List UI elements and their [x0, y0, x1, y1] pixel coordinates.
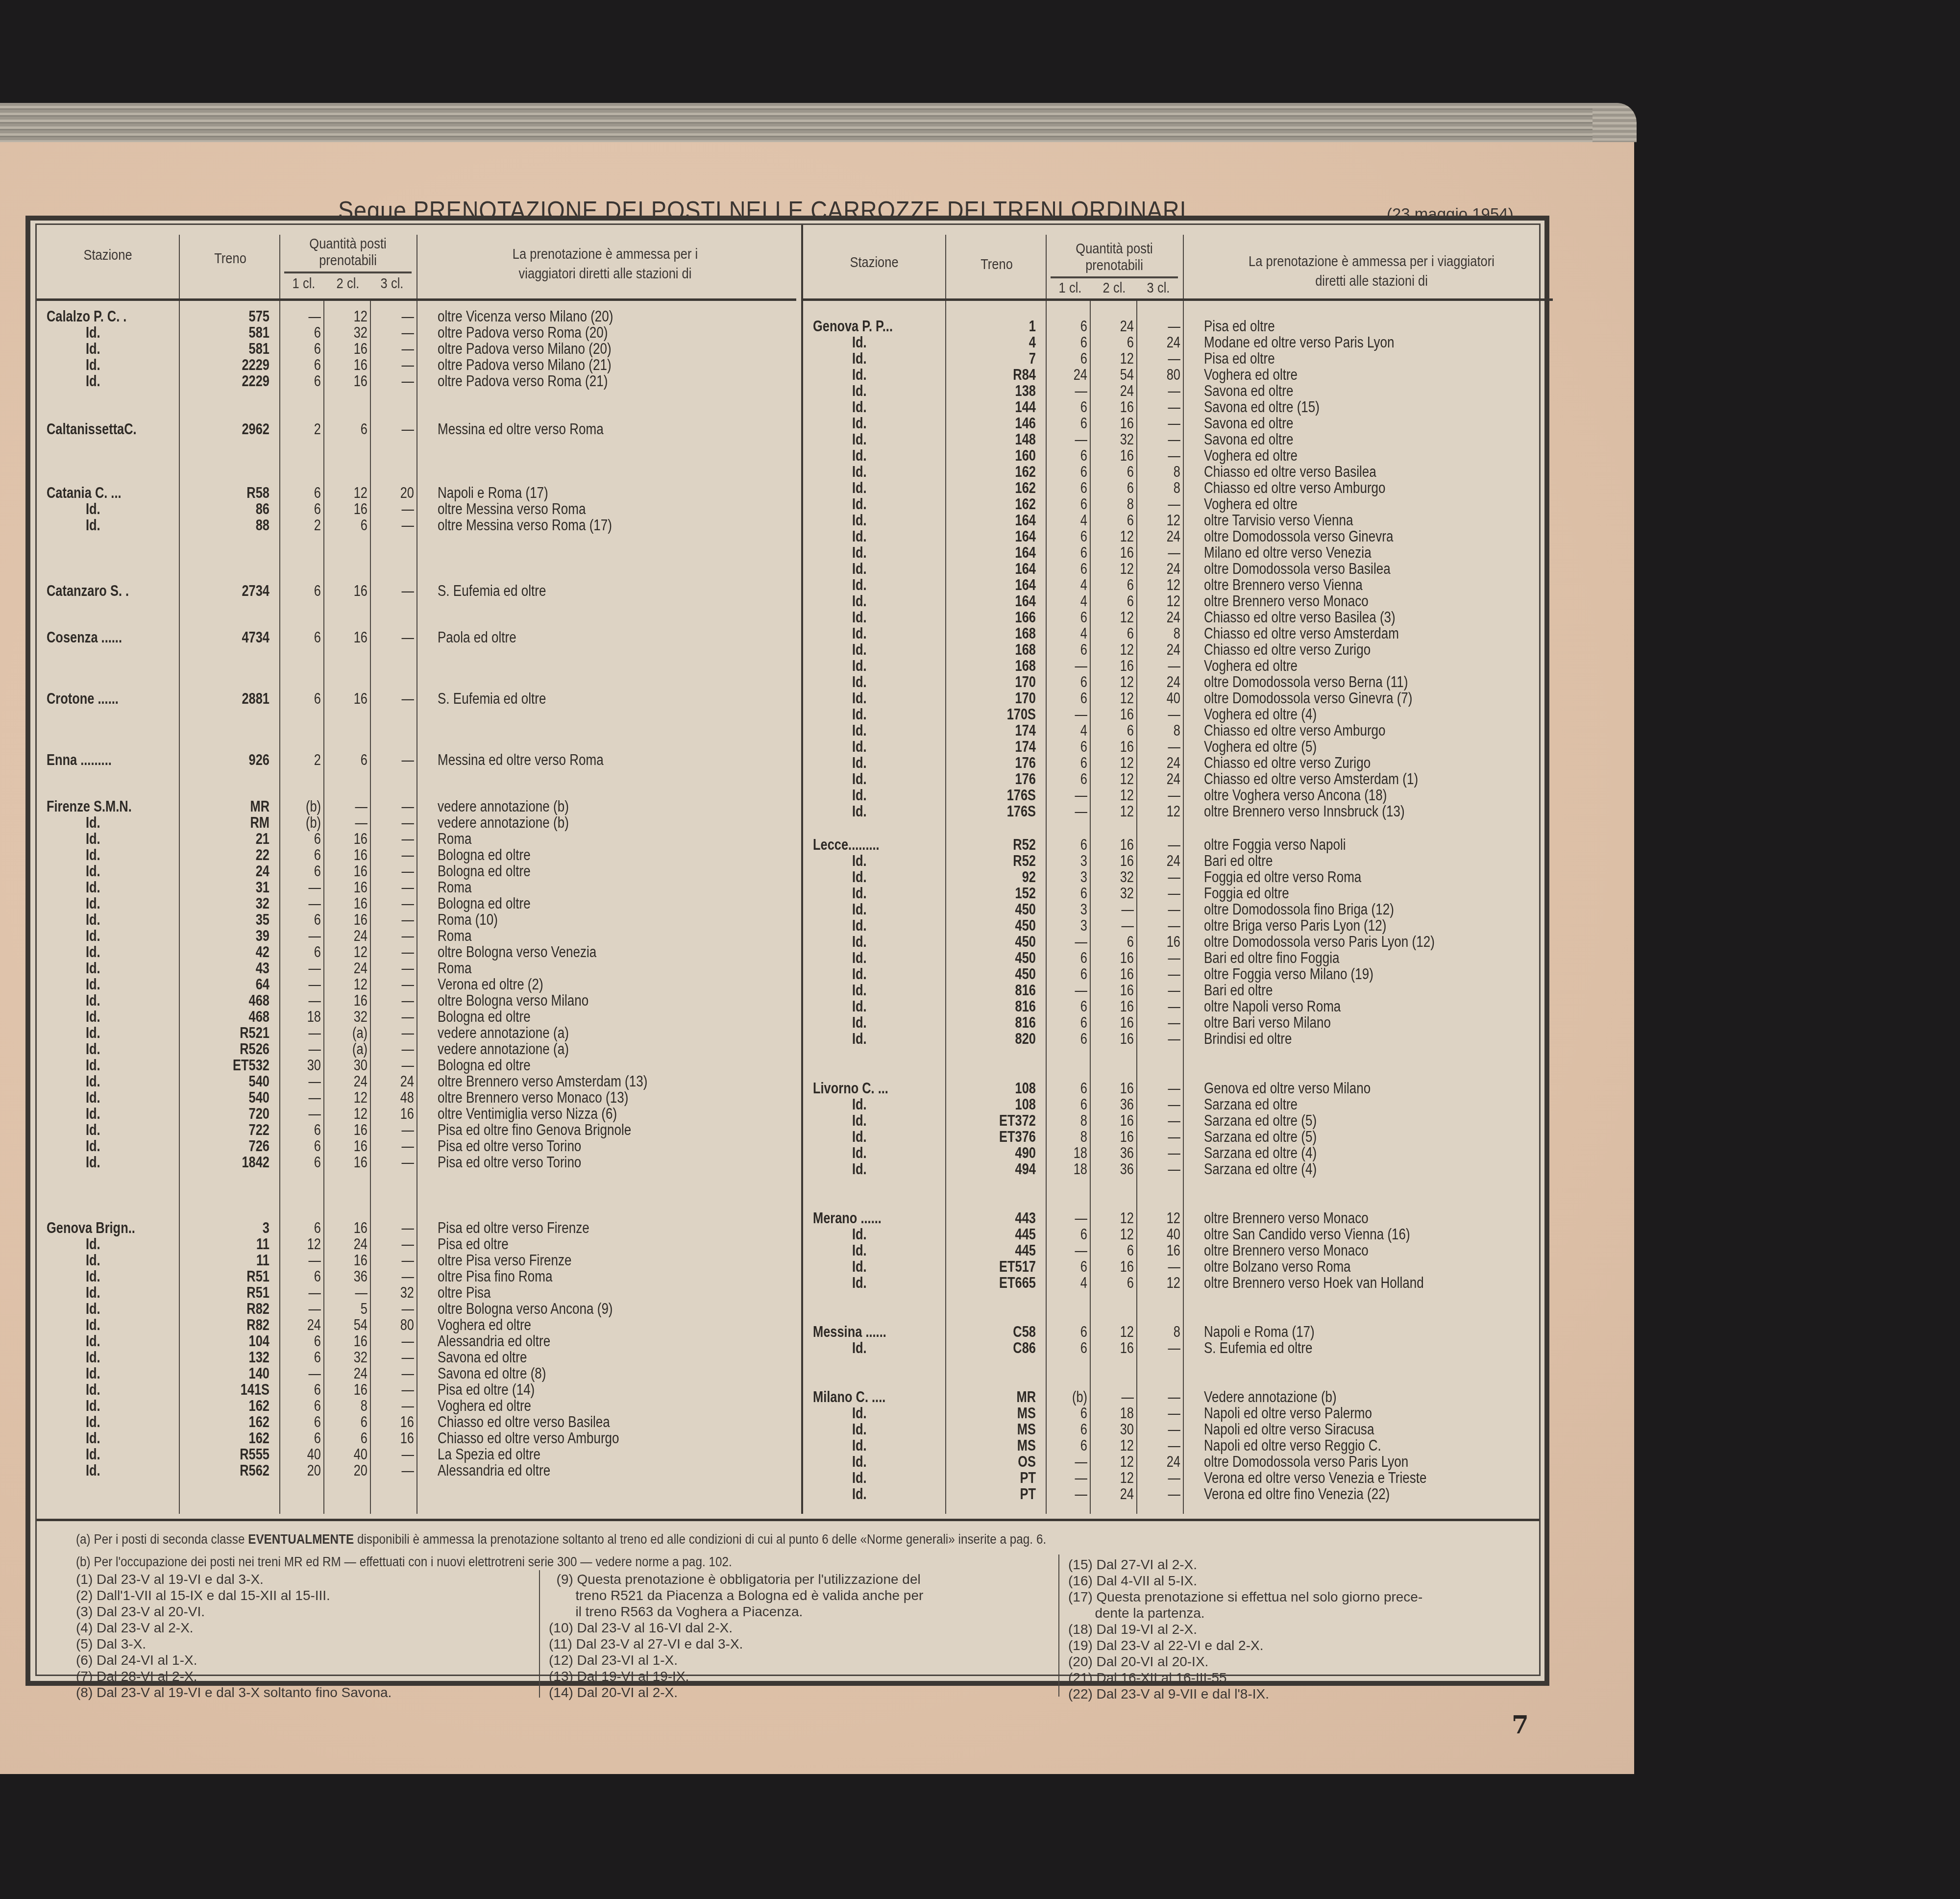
third-class-seats-cell: — — [1146, 982, 1180, 998]
second-class-seats-cell: 12 — [1100, 561, 1134, 577]
first-class-seats-cell: 20 — [291, 1462, 321, 1479]
first-class-seats-cell: 6 — [1057, 464, 1088, 480]
first-class-seats-cell: 6 — [1057, 609, 1088, 625]
second-class-seats-cell: 16 — [333, 1154, 367, 1170]
train-number-cell: 11 — [199, 1236, 270, 1252]
destination-cell: oltre Pisa — [438, 1284, 491, 1301]
first-class-seats-cell: 4 — [1057, 625, 1088, 641]
first-class-seats-cell: 8 — [1057, 1129, 1088, 1145]
first-class-seats-cell: 6 — [291, 863, 321, 879]
train-number-cell: 162 — [199, 1398, 270, 1414]
third-class-seats-cell: 20 — [380, 485, 414, 501]
table-row: Id.R82—5—oltre Bologna verso Ancona (9) — [37, 1301, 782, 1317]
destination-cell: Foggia ed oltre — [1204, 885, 1289, 901]
second-class-seats-cell: 12 — [1100, 787, 1134, 803]
station-cell: Id. — [86, 357, 186, 373]
station-cell: Id. — [852, 885, 953, 901]
destination-cell: Genova ed oltre verso Milano — [1204, 1080, 1371, 1096]
station-cell: Id. — [86, 1317, 186, 1333]
header-class1: 1 cl. — [285, 275, 323, 292]
destination-cell: vedere annotazione (a) — [438, 1041, 569, 1057]
second-class-seats-cell: 24 — [1100, 318, 1134, 334]
destination-cell: Chiasso ed oltre verso Basilea (3) — [1204, 609, 1396, 625]
destination-cell: Savona ed oltre — [1204, 383, 1293, 399]
train-number-cell: R52 — [966, 837, 1036, 853]
second-class-seats-cell: 16 — [333, 895, 367, 912]
second-class-seats-cell: 6 — [333, 517, 367, 533]
third-class-seats-cell: 24 — [1146, 609, 1180, 625]
station-cell: Id. — [852, 658, 953, 674]
first-class-seats-cell: — — [1057, 706, 1088, 722]
second-class-seats-cell: 30 — [333, 1057, 367, 1073]
second-class-seats-cell: 16 — [333, 992, 367, 1009]
station-cell: Id. — [86, 1446, 186, 1462]
train-number-cell: 7 — [966, 350, 1036, 367]
destination-cell: Roma — [438, 879, 471, 895]
first-class-seats-cell: — — [291, 308, 321, 324]
second-class-seats-cell: 30 — [1100, 1421, 1134, 1437]
first-class-seats-cell: 6 — [1057, 690, 1088, 706]
second-class-seats-cell: 6 — [1100, 480, 1134, 496]
table-row: Id.MS612—Napoli ed oltre verso Reggio C. — [803, 1437, 1548, 1454]
second-class-seats-cell: 16 — [333, 691, 367, 707]
first-class-seats-cell: 6 — [291, 501, 321, 517]
train-number-cell: 164 — [966, 528, 1036, 544]
table-row: Id.R5622020—Alessandria ed oltre — [37, 1462, 782, 1479]
station-cell: Calalzo P. C. . — [47, 308, 147, 324]
first-class-seats-cell: (b) — [291, 798, 321, 814]
first-class-seats-cell: 6 — [1057, 528, 1088, 544]
first-class-seats-cell: 6 — [1057, 1324, 1088, 1340]
destination-cell: oltre Brennero verso Monaco — [1204, 1242, 1369, 1258]
second-class-seats-cell: 20 — [333, 1462, 367, 1479]
train-number-cell: 450 — [966, 934, 1036, 950]
train-number-cell: R82 — [199, 1317, 270, 1333]
first-class-seats-cell: 2 — [291, 752, 321, 768]
destination-cell: Sarzana ed oltre (5) — [1204, 1112, 1317, 1129]
first-class-seats-cell: — — [1057, 1210, 1088, 1226]
station-cell: Id. — [86, 928, 186, 944]
table-row: Id.16661224Chiasso ed oltre verso Basile… — [803, 609, 1548, 625]
table-inner-border: Stazione Treno Quantità posti prenotabil… — [35, 223, 1541, 1676]
first-class-seats-cell: — — [1057, 431, 1088, 447]
third-class-seats-cell: — — [380, 324, 414, 341]
station-cell: Id. — [86, 1025, 186, 1041]
station-cell: Id. — [852, 690, 953, 706]
station-cell: Id. — [852, 1486, 953, 1502]
destination-cell: oltre Brennero verso Monaco — [1204, 1210, 1369, 1226]
third-class-seats-cell: — — [1146, 1421, 1180, 1437]
second-class-seats-cell: 16 — [1100, 837, 1134, 853]
first-class-seats-cell: 40 — [291, 1446, 321, 1462]
first-class-seats-cell: 4 — [1057, 577, 1088, 593]
second-class-seats-cell: 40 — [333, 1446, 367, 1462]
destination-cell: Napoli ed oltre verso Siracusa — [1204, 1421, 1374, 1437]
destination-cell: Chiasso ed oltre verso Amburgo — [1204, 480, 1386, 496]
third-class-seats-cell: — — [380, 357, 414, 373]
destination-cell: oltre Padova verso Roma (21) — [438, 373, 608, 389]
station-cell: Id. — [852, 1437, 953, 1454]
destination-cell: Roma — [438, 960, 471, 976]
third-class-seats-cell: — — [1146, 837, 1180, 853]
first-class-seats-cell: — — [1057, 934, 1088, 950]
second-class-seats-cell: 16 — [1100, 998, 1134, 1014]
train-number-cell: R51 — [199, 1268, 270, 1284]
second-class-seats-cell: 16 — [333, 341, 367, 357]
first-class-seats-cell: 12 — [291, 1236, 321, 1252]
table-row: Id.4901836—Sarzana ed oltre (4) — [803, 1145, 1548, 1161]
first-class-seats-cell: — — [291, 1025, 321, 1041]
train-number-cell: 468 — [199, 992, 270, 1009]
table-row: Id.42612—oltre Bologna verso Venezia — [37, 944, 782, 960]
footnote: (15) Dal 27-VI al 2-X. — [1068, 1556, 1197, 1573]
third-class-seats-cell: — — [380, 814, 414, 831]
second-class-seats-cell: 16 — [1100, 447, 1134, 464]
station-cell: Enna ......... — [47, 752, 147, 768]
table-row: Id.R5554040—La Spezia ed oltre — [37, 1446, 782, 1462]
station-cell: Id. — [86, 1057, 186, 1073]
table-row: Genova P. P...1624—Pisa ed oltre — [803, 318, 1548, 334]
first-class-seats-cell: 6 — [1057, 496, 1088, 512]
train-number-cell: 4734 — [199, 629, 270, 645]
second-class-seats-cell: 12 — [1100, 1324, 1134, 1340]
second-class-seats-cell: 12 — [1100, 1437, 1134, 1454]
station-cell: Id. — [86, 895, 186, 912]
third-class-seats-cell: — — [1146, 966, 1180, 982]
train-number-cell: C58 — [966, 1324, 1036, 1340]
second-class-seats-cell: 16 — [333, 1122, 367, 1138]
table-row: Id.R84245480Voghera ed oltre — [803, 367, 1548, 383]
first-class-seats-cell: — — [291, 895, 321, 912]
book-page-edges-corner — [1592, 103, 1637, 142]
station-cell: Id. — [852, 561, 953, 577]
second-class-seats-cell: — — [1100, 1389, 1134, 1405]
destination-cell: oltre Brennero verso Amsterdam (13) — [438, 1073, 647, 1089]
destination-cell: oltre Bologna verso Milano — [438, 992, 588, 1009]
second-class-seats-cell: 12 — [1100, 771, 1134, 787]
destination-cell: S. Eufemia ed oltre — [1204, 1340, 1312, 1356]
second-class-seats-cell: 32 — [1100, 869, 1134, 885]
destination-cell: Foggia ed oltre verso Roma — [1204, 869, 1361, 885]
second-class-seats-cell: 24 — [333, 1236, 367, 1252]
station-cell: Id. — [852, 415, 953, 431]
station-cell: Id. — [86, 373, 186, 389]
table-row: Id.11—16—oltre Pisa verso Firenze — [37, 1252, 782, 1268]
table-row: Livorno C. ...108616—Genova ed oltre ver… — [803, 1080, 1548, 1096]
second-class-seats-cell: 16 — [333, 583, 367, 599]
table-row: Id.17061240oltre Domodossola verso Ginev… — [803, 690, 1548, 706]
footnote: (5) Dal 3-X. — [76, 1636, 146, 1652]
third-class-seats-cell: 24 — [1146, 771, 1180, 787]
first-class-seats-cell: 18 — [1057, 1161, 1088, 1177]
destination-cell: Savona ed oltre — [1204, 431, 1293, 447]
table-row: Id.581632—oltre Padova verso Roma (20) — [37, 324, 782, 341]
second-class-seats-cell: 16 — [333, 1381, 367, 1398]
third-class-seats-cell: — — [380, 1462, 414, 1479]
train-number-cell: 168 — [966, 658, 1036, 674]
station-cell: Id. — [852, 722, 953, 739]
table-row: Id.4941836—Sarzana ed oltre (4) — [803, 1161, 1548, 1177]
train-number-cell: 820 — [966, 1031, 1036, 1047]
first-class-seats-cell: 8 — [1057, 1112, 1088, 1129]
third-class-seats-cell: 12 — [1146, 1210, 1180, 1226]
train-number-cell: 144 — [966, 399, 1036, 415]
table-row: Id.540—2424oltre Brennero verso Amsterda… — [37, 1073, 782, 1089]
second-class-seats-cell: 16 — [1100, 950, 1134, 966]
first-class-seats-cell: 6 — [291, 847, 321, 863]
table-row: Id.ET5323030—Bologna ed oltre — [37, 1057, 782, 1073]
station-cell: Id. — [86, 1073, 186, 1089]
third-class-seats-cell: — — [1146, 885, 1180, 901]
table-row: Calalzo P. C. .575—12—oltre Vicenza vers… — [37, 308, 782, 324]
train-number-cell: 816 — [966, 1014, 1036, 1031]
train-number-cell: 176 — [966, 771, 1036, 787]
table-row: Id.PT—12—Verona ed oltre verso Venezia e… — [803, 1470, 1548, 1486]
destination-cell: oltre Brennero verso Monaco (13) — [438, 1089, 628, 1106]
footnote: (20) Dal 20-VI al 20-IX. — [1068, 1653, 1208, 1670]
station-cell: Crotone ...... — [47, 691, 147, 707]
station-cell: Cosenza ...... — [47, 629, 147, 645]
train-number-cell: R58 — [199, 485, 270, 501]
header-quantity: Quantità posti prenotabili — [1056, 241, 1173, 274]
table-row: Id.168468Chiasso ed oltre verso Amsterda… — [803, 625, 1548, 641]
train-number-cell: 162 — [199, 1430, 270, 1446]
train-number-cell: 2734 — [199, 583, 270, 599]
destination-cell: Bologna ed oltre — [438, 863, 531, 879]
train-number-cell: 22 — [199, 847, 270, 863]
table-row: Id.148—32—Savona ed oltre — [803, 431, 1548, 447]
third-class-seats-cell: 12 — [1146, 803, 1180, 819]
station-cell: Id. — [852, 853, 953, 869]
destination-cell: Alessandria ed oltre — [438, 1333, 550, 1349]
third-class-seats-cell: — — [380, 912, 414, 928]
table-row: Cosenza ......4734616—Paola ed oltre — [37, 629, 782, 645]
footnote: (13) Dal 19-VI al 19-IX. — [549, 1668, 689, 1684]
third-class-seats-cell: 12 — [1146, 512, 1180, 528]
table-row: Id.43—24—Roma — [37, 960, 782, 976]
first-class-seats-cell: 6 — [1057, 950, 1088, 966]
train-number-cell: 32 — [199, 895, 270, 912]
train-number-cell: 43 — [199, 960, 270, 976]
destination-cell: Savona ed oltre — [1204, 415, 1293, 431]
table-row: Id.2229616—oltre Padova verso Milano (21… — [37, 357, 782, 373]
train-number-cell: 42 — [199, 944, 270, 960]
third-class-seats-cell: — — [380, 895, 414, 912]
third-class-seats-cell: 8 — [1146, 722, 1180, 739]
first-class-seats-cell: 6 — [1057, 480, 1088, 496]
second-class-seats-cell: 12 — [1100, 609, 1134, 625]
second-class-seats-cell: 16 — [1100, 1340, 1134, 1356]
second-class-seats-cell: 5 — [333, 1301, 367, 1317]
third-class-seats-cell: — — [380, 1057, 414, 1073]
first-class-seats-cell: — — [291, 1106, 321, 1122]
destination-cell: oltre Vicenza verso Milano (20) — [438, 308, 613, 324]
train-number-cell: 2229 — [199, 373, 270, 389]
station-cell: Id. — [86, 992, 186, 1009]
train-number-cell: R52 — [966, 853, 1036, 869]
destination-cell: oltre Domodossola fino Briga (12) — [1204, 901, 1394, 917]
station-cell: Id. — [852, 512, 953, 528]
station-cell: Catanzaro S. . — [47, 583, 147, 599]
station-cell: Id. — [852, 934, 953, 950]
second-class-seats-cell: (a) — [333, 1041, 367, 1057]
third-class-seats-cell: — — [380, 501, 414, 517]
train-number-cell: 2962 — [199, 421, 270, 437]
station-cell: Id. — [86, 1381, 186, 1398]
train-number-cell: 2229 — [199, 357, 270, 373]
first-class-seats-cell: 6 — [291, 1268, 321, 1284]
destination-cell: Chiasso ed oltre verso Basilea — [1204, 464, 1376, 480]
station-cell: Id. — [852, 480, 953, 496]
second-class-seats-cell: 24 — [333, 1073, 367, 1089]
station-cell: Id. — [86, 1301, 186, 1317]
header-train: Treno — [191, 250, 270, 267]
station-cell: Id. — [86, 831, 186, 847]
second-class-seats-cell: 16 — [333, 1252, 367, 1268]
first-class-seats-cell: — — [291, 1301, 321, 1317]
book-page-edges — [0, 103, 1627, 145]
station-cell: CaltanissettaC. — [47, 421, 147, 437]
first-class-seats-cell: 24 — [291, 1317, 321, 1333]
third-class-seats-cell: — — [380, 976, 414, 992]
train-number-cell: 720 — [199, 1106, 270, 1122]
table-row: Id.174468Chiasso ed oltre verso Amburgo — [803, 722, 1548, 739]
third-class-seats-cell: 24 — [1146, 334, 1180, 350]
second-class-seats-cell: 16 — [1100, 853, 1134, 869]
station-cell: Id. — [852, 1014, 953, 1031]
table-row: Id.21616—Roma — [37, 831, 782, 847]
first-class-seats-cell: 4 — [1057, 1275, 1088, 1291]
third-class-seats-cell: — — [380, 691, 414, 707]
train-number-cell: 168 — [966, 641, 1036, 658]
first-class-seats-cell: 6 — [291, 485, 321, 501]
third-class-seats-cell: — — [380, 1025, 414, 1041]
note-a-text-end: disponibili è ammessa la prenotazione so… — [354, 1532, 1046, 1547]
first-class-seats-cell: (b) — [1057, 1389, 1088, 1405]
footnote: (10) Dal 23-V al 16-VI dal 2-X. — [549, 1620, 733, 1636]
first-class-seats-cell: 6 — [291, 1122, 321, 1138]
third-class-seats-cell: — — [1146, 1031, 1180, 1047]
destination-cell: Chiasso ed oltre verso Amsterdam (1) — [1204, 771, 1418, 787]
station-cell: Id. — [852, 739, 953, 755]
table-row: Id.16268—Voghera ed oltre — [803, 496, 1548, 512]
destination-cell: oltre Messina verso Roma (17) — [438, 517, 612, 533]
footnote: (18) Dal 19-VI al 2-X. — [1068, 1621, 1197, 1637]
destination-cell: Bologna ed oltre — [438, 847, 531, 863]
second-class-seats-cell: 12 — [1100, 1454, 1134, 1470]
second-class-seats-cell: 6 — [333, 1430, 367, 1446]
table-row: Id.720—1216oltre Ventimiglia verso Nizza… — [37, 1106, 782, 1122]
third-class-seats-cell: — — [380, 1122, 414, 1138]
third-class-seats-cell: — — [1146, 1129, 1180, 1145]
second-class-seats-cell: 16 — [1100, 1112, 1134, 1129]
header-destination: La prenotazione è ammessa per i viaggiat… — [455, 245, 755, 284]
destination-cell: Chiasso ed oltre verso Basilea — [438, 1414, 610, 1430]
third-class-seats-cell: 24 — [1146, 853, 1180, 869]
station-cell: Id. — [86, 1414, 186, 1430]
train-number-cell: 540 — [199, 1089, 270, 1106]
footnote: (14) Dal 20-VI al 2-X. — [549, 1684, 678, 1701]
second-class-seats-cell: 36 — [1100, 1145, 1134, 1161]
station-cell: Genova Brign.. — [47, 1220, 147, 1236]
second-class-seats-cell: 18 — [1100, 1405, 1134, 1421]
first-class-seats-cell: 2 — [291, 517, 321, 533]
destination-cell: Napoli e Roma (17) — [1204, 1324, 1315, 1340]
table-row: Catania C. ...R5861220Napoli e Roma (17) — [37, 485, 782, 501]
second-class-seats-cell: 16 — [333, 879, 367, 895]
train-number-cell: 162 — [966, 464, 1036, 480]
train-number-cell: 92 — [966, 869, 1036, 885]
train-number-cell: MS — [966, 1437, 1036, 1454]
destination-cell: Alessandria ed oltre — [438, 1462, 550, 1479]
first-class-seats-cell: 6 — [291, 1154, 321, 1170]
first-class-seats-cell: 6 — [291, 341, 321, 357]
train-number-cell: 35 — [199, 912, 270, 928]
train-number-cell: 450 — [966, 917, 1036, 934]
table-row: Crotone ......2881616—S. Eufemia ed oltr… — [37, 691, 782, 707]
train-number-cell: 170 — [966, 674, 1036, 690]
train-number-cell: 726 — [199, 1138, 270, 1154]
second-class-seats-cell: — — [333, 1284, 367, 1301]
third-class-seats-cell: — — [1146, 415, 1180, 431]
table-row: Id.ET376816—Sarzana ed oltre (5) — [803, 1129, 1548, 1145]
table-row: Id.726616—Pisa ed oltre verso Torino — [37, 1138, 782, 1154]
table-row: Id.8826—oltre Messina verso Roma (17) — [37, 517, 782, 533]
second-class-seats-cell: 24 — [333, 1365, 367, 1381]
third-class-seats-cell: — — [380, 1301, 414, 1317]
destination-cell: Paola ed oltre — [438, 629, 516, 645]
footnote: (8) Dal 23-V al 19-VI e dal 3-X soltanto… — [76, 1684, 392, 1701]
station-cell: Id. — [852, 1454, 953, 1470]
first-class-seats-cell: 6 — [1057, 399, 1088, 415]
third-class-seats-cell: 12 — [1146, 577, 1180, 593]
second-class-seats-cell: 16 — [1100, 1080, 1134, 1096]
second-class-seats-cell: 32 — [333, 1349, 367, 1365]
first-class-seats-cell: 6 — [291, 324, 321, 341]
first-class-seats-cell: 6 — [1057, 1096, 1088, 1112]
station-cell: Id. — [852, 431, 953, 447]
destination-cell: oltre Bari verso Milano — [1204, 1014, 1331, 1031]
table-row: Id.35616—Roma (10) — [37, 912, 782, 928]
third-class-seats-cell: — — [1146, 901, 1180, 917]
second-class-seats-cell: 16 — [333, 1220, 367, 1236]
station-cell: Id. — [852, 901, 953, 917]
third-class-seats-cell: 8 — [1146, 1324, 1180, 1340]
station-cell: Id. — [852, 1112, 953, 1129]
second-class-seats-cell: 6 — [1100, 625, 1134, 641]
first-class-seats-cell: 4 — [1057, 722, 1088, 739]
destination-cell: oltre San Candido verso Vienna (16) — [1204, 1226, 1410, 1242]
third-class-seats-cell: — — [1146, 787, 1180, 803]
destination-cell: Verona ed oltre (2) — [438, 976, 543, 992]
table-left-half: Stazione Treno Quantità posti prenotabil… — [37, 225, 796, 1514]
station-cell: Id. — [852, 577, 953, 593]
third-class-seats-cell: — — [380, 847, 414, 863]
train-number-cell: 170 — [966, 690, 1036, 706]
third-class-seats-cell: — — [1146, 1145, 1180, 1161]
first-class-seats-cell: 6 — [1057, 998, 1088, 1014]
destination-cell: Sarzana ed oltre (4) — [1204, 1145, 1317, 1161]
destination-cell: Pisa ed oltre verso Firenze — [438, 1220, 589, 1236]
station-cell: Id. — [852, 641, 953, 658]
train-number-cell: 86 — [199, 501, 270, 517]
first-class-seats-cell: 6 — [1057, 1258, 1088, 1275]
first-class-seats-cell: 6 — [291, 1333, 321, 1349]
first-class-seats-cell: 6 — [1057, 1080, 1088, 1096]
table-row: Id.2229616—oltre Padova verso Roma (21) — [37, 373, 782, 389]
first-class-seats-cell: — — [1057, 803, 1088, 819]
train-number-cell: PT — [966, 1470, 1036, 1486]
